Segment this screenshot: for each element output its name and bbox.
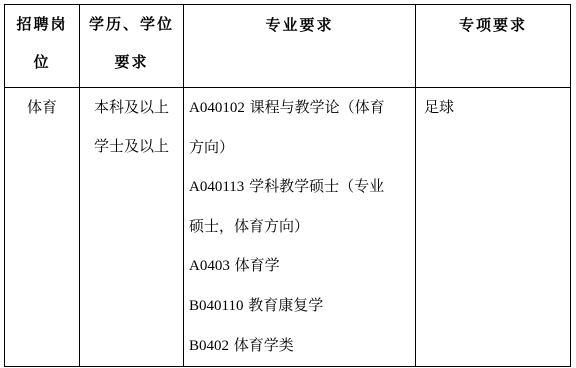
header-major-label: 专业要求 <box>184 6 415 44</box>
major-name-line-2: 方向） <box>189 128 415 167</box>
major-name-line-1: 课程与教学论（体育 <box>250 98 385 116</box>
header-position-line-1: 招聘岗 <box>5 5 79 43</box>
education-line-1: 本科及以上 <box>80 88 183 127</box>
major-code: B0402 <box>189 338 229 354</box>
major-code: A040113 <box>189 179 244 195</box>
major-name: 体育学 <box>235 256 280 274</box>
header-position: 招聘岗 位 <box>5 5 80 88</box>
header-position-line-2: 位 <box>5 43 79 81</box>
major-name-line-2: 硕士，体育方向） <box>189 207 415 246</box>
major-code: A040102 <box>189 100 245 116</box>
cell-majors: A040102 课程与教学论（体育 方向） A040113 学科教学硕士（专业 … <box>184 88 416 367</box>
major-item: A040113 学科教学硕士（专业 硕士，体育方向） <box>189 167 415 246</box>
header-education-line-2: 要求 <box>80 43 183 81</box>
header-education: 学历、学位 要求 <box>80 5 184 88</box>
cell-position: 体育 <box>5 88 80 367</box>
major-name: 教育康复学 <box>248 296 323 314</box>
position-value: 体育 <box>5 88 79 127</box>
header-special-label: 专项要求 <box>416 6 570 44</box>
major-code: B040110 <box>189 298 243 314</box>
major-item: B040110 教育康复学 <box>189 286 415 326</box>
major-name-line-1: 学科教学硕士（专业 <box>249 177 384 195</box>
table-row: 体育 本科及以上 学士及以上 A040102 课程与教学论（体育 方向） A04… <box>5 88 571 367</box>
major-code: A0403 <box>189 258 230 274</box>
cell-education: 本科及以上 学士及以上 <box>80 88 184 367</box>
cell-special: 足球 <box>416 88 571 367</box>
special-value: 足球 <box>424 88 570 127</box>
header-education-line-1: 学历、学位 <box>80 5 183 43</box>
recruitment-requirements-table: 招聘岗 位 学历、学位 要求 专业要求 专项要求 体育 本科及以上 学士及以上 … <box>4 4 571 367</box>
header-special: 专项要求 <box>416 5 571 88</box>
major-item: B0402 体育学类 <box>189 326 415 366</box>
major-name: 体育学类 <box>234 336 294 354</box>
table-header-row: 招聘岗 位 学历、学位 要求 专业要求 专项要求 <box>5 5 571 88</box>
education-line-2: 学士及以上 <box>80 127 183 166</box>
major-item: A040102 课程与教学论（体育 方向） <box>189 88 415 167</box>
major-item: A0403 体育学 <box>189 246 415 286</box>
header-major: 专业要求 <box>184 5 416 88</box>
